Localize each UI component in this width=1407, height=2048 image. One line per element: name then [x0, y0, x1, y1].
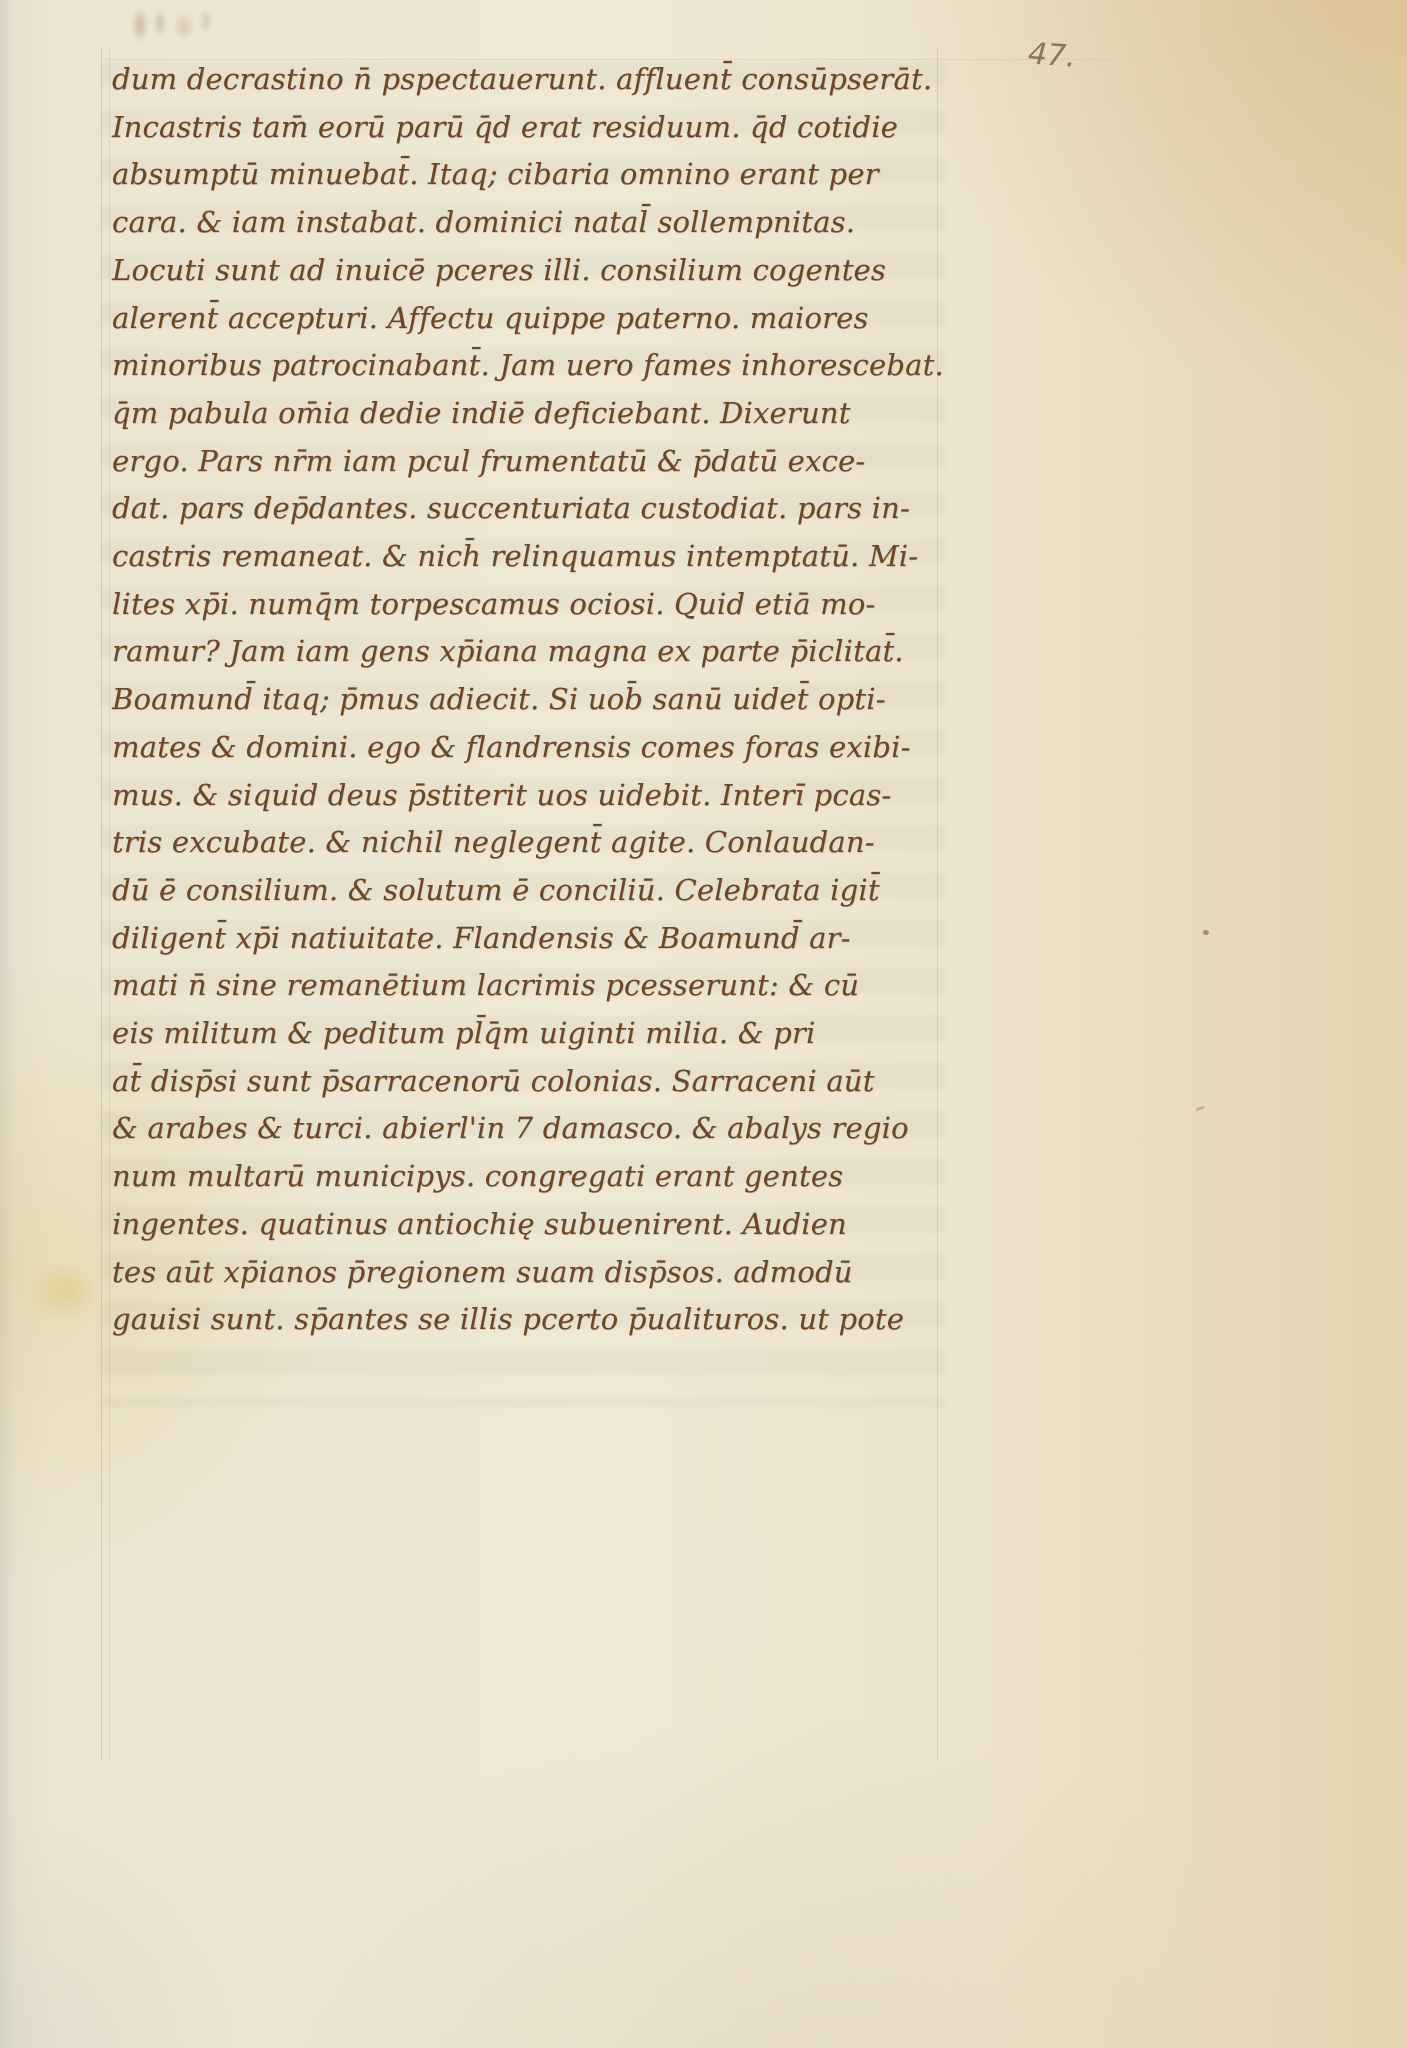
- manuscript-line: Locuti sunt ad inuicē pceres illi. consi…: [112, 247, 952, 295]
- manuscript-line: lites xp̄i. numq̄m torpescamus ociosi. Q…: [112, 581, 952, 629]
- ruling-line-left-inner: [109, 48, 110, 1760]
- manuscript-line: minoribus patrocinabant̄. Jam uero fames…: [112, 342, 952, 390]
- manuscript-line: alerent̄ accepturi. Affectu quippe pater…: [112, 295, 952, 343]
- manuscript-line: q̄m pabula om̄ia dedie indiē deficiebant…: [112, 390, 952, 438]
- manuscript-line: & arabes & turci. abierl'in 7 damasco. &…: [112, 1105, 952, 1153]
- manuscript-line: mus. & siquid deus p̄stiterit uos uidebi…: [112, 772, 952, 820]
- manuscript-line: dū ē consilium. & solutum ē conciliū. Ce…: [112, 867, 952, 915]
- manuscript-line: castris remaneat. & nich̄ relinquamus in…: [112, 533, 952, 581]
- manuscript-line: num multarū municipys. congregati erant …: [112, 1153, 952, 1201]
- manuscript-line: Boamund̄ itaq; p̄mus adiecit. Si uob̄ sa…: [112, 676, 952, 724]
- manuscript-line: cara. & iam instabat. dominici natal̄ so…: [112, 199, 952, 247]
- ink-speck: [1195, 1105, 1205, 1111]
- manuscript-line: eis militum & peditum pl̄q̄m uiginti mil…: [112, 1010, 952, 1058]
- manuscript-line: mates & domini. ego & flandrensis comes …: [112, 724, 952, 772]
- manuscript-line: gauisi sunt. sp̄antes se illis pcerto p̄…: [112, 1296, 952, 1344]
- faint-scribble: [122, 4, 222, 46]
- text-block: dum decrastino n̄ pspectauerunt. affluen…: [112, 56, 952, 1344]
- folio-number: 47.: [1027, 36, 1077, 74]
- parchment-stain: [30, 1262, 100, 1322]
- manuscript-line: tris excubate. & nichil neglegent̄ agite…: [112, 819, 952, 867]
- manuscript-line: ergo. Pars nr̄m iam pcul frumentatū & p̄…: [112, 438, 952, 486]
- manuscript-page: 47. dum decrastino n̄ pspectauerunt. aff…: [0, 0, 1407, 2048]
- manuscript-line: at̄ disp̄si sunt p̄sarracenorū colonias.…: [112, 1058, 952, 1106]
- manuscript-line: diligent̄ xp̄i natiuitate. Flandensis & …: [112, 915, 952, 963]
- manuscript-line: mati n̄ sine remanētium lacrimis pcesser…: [112, 962, 952, 1010]
- ruling-line-left-outer: [101, 48, 102, 1760]
- manuscript-line: ingentes. quatinus antiochię subuenirent…: [112, 1201, 952, 1249]
- ink-speck: [1203, 930, 1209, 935]
- manuscript-line: tes aūt xp̄ianos p̄regionem suam disp̄so…: [112, 1249, 952, 1297]
- manuscript-line: absumptū minuebat̄. Itaq; cibaria omnino…: [112, 151, 952, 199]
- manuscript-line: dum decrastino n̄ pspectauerunt. affluen…: [112, 56, 952, 104]
- manuscript-line: ramur? Jam iam gens xp̄iana magna ex par…: [112, 628, 952, 676]
- manuscript-line: Incastris tam̄ eorū parū q̄d erat residu…: [112, 104, 952, 152]
- manuscript-line: dat. pars dep̄dantes. succenturiata cust…: [112, 485, 952, 533]
